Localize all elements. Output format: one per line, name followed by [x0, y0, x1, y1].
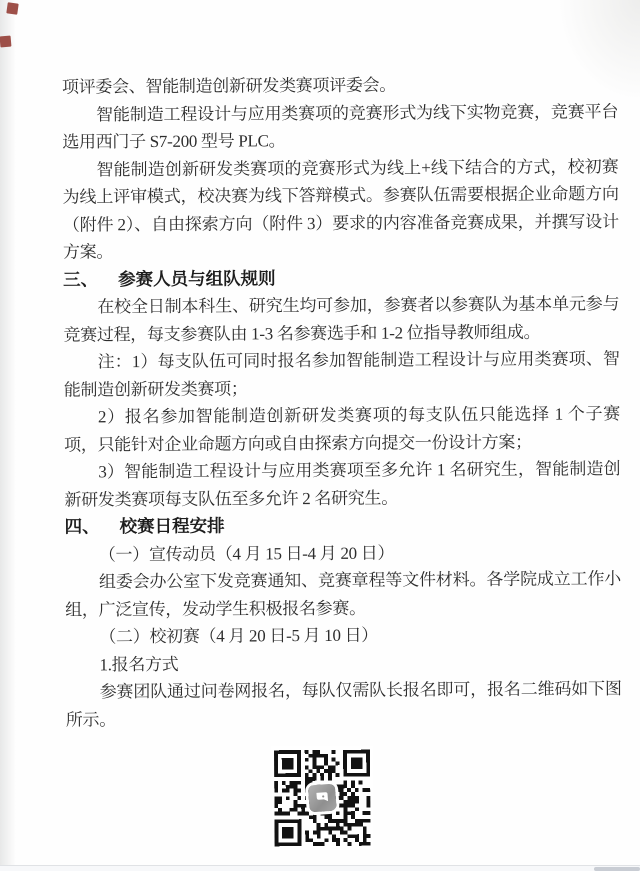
- paragraph: 智能制造工程设计与应用类赛项的竞赛形式为线下实物竞赛，竞赛平台选用西门子 S7-…: [62, 98, 618, 156]
- qr-center-logo: [308, 784, 337, 813]
- paragraph: 智能制造创新研发类赛项的竞赛形式为线上+线下结合的方式，校初赛为线上评审模式，校…: [62, 153, 619, 266]
- paragraph: （二）校初赛（4 月 20 日-5 月 10 日）: [65, 620, 621, 651]
- scanned-document-page: 项评委会、智能制造创新研发类赛项评委会。 智能制造工程设计与应用类赛项的竞赛形式…: [0, 0, 640, 871]
- paragraph: 3）智能制造工程设计与应用类赛项至多允许 1 名研究生，智能制造创新研发类赛项每…: [64, 455, 620, 513]
- section-number: 四、: [65, 516, 100, 536]
- registration-qr-code: [271, 746, 374, 851]
- document-content: 项评委会、智能制造创新研发类赛项评委会。 智能制造工程设计与应用类赛项的竞赛形式…: [0, 0, 640, 852]
- section-heading-3: 三、参赛人员与组队规则: [63, 263, 619, 294]
- registration-qr-section: [2, 744, 640, 852]
- paragraph: 1.报名方式: [65, 648, 621, 679]
- paragraph: 参赛团队通过问卷网报名，每队仅需队长报名即可，报名二维码如下图所示。: [66, 675, 622, 733]
- section-number: 三、: [63, 269, 98, 289]
- paragraph: 组委会办公室下发竞赛通知、竞赛章程等文件材料。各学院成立工作小组，广泛宣传，发动…: [65, 565, 621, 623]
- paragraph: 注：1）每支队伍可同时报名参加智能制造工程设计与应用类赛项、智能制造创新研发类赛…: [64, 345, 620, 403]
- bottom-bar: [0, 865, 640, 871]
- section-heading-4: 四、校赛日程安排: [65, 510, 621, 541]
- document-text-block: 项评委会、智能制造创新研发类赛项评委会。 智能制造工程设计与应用类赛项的竞赛形式…: [0, 0, 640, 734]
- paragraph: 项评委会、智能制造创新研发类赛项评委会。: [62, 70, 618, 101]
- section-title: 参赛人员与组队规则: [118, 268, 276, 289]
- section-title: 校赛日程安排: [120, 516, 225, 537]
- paragraph: 在校全日制本科生、研究生均可参加，参赛者以参赛队为基本单元参与竞赛过程，每支参赛…: [63, 290, 619, 348]
- paragraph: 2）报名参加智能制造创新研发类赛项的每支队伍只能选择 1 个子赛项，只能针对企业…: [64, 400, 620, 458]
- horizontal-scrollbar-thumb[interactable]: [594, 867, 640, 871]
- qr-logo-glyph: [313, 789, 331, 807]
- paragraph: （一）宣传动员（4 月 15 日-4 月 20 日）: [65, 538, 621, 569]
